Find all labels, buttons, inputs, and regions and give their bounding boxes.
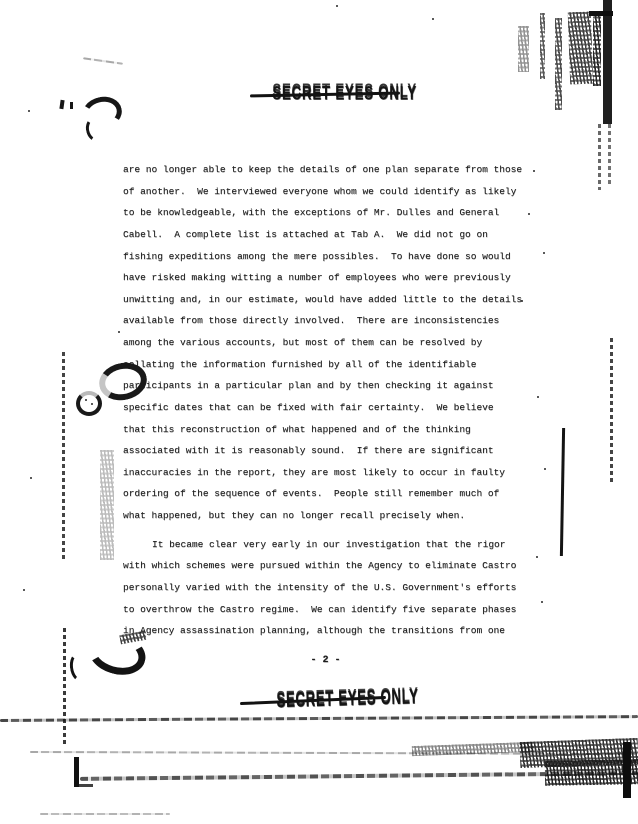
- ink-speck: [118, 331, 120, 333]
- ink-speck: [28, 110, 30, 112]
- ink-speck: [23, 589, 25, 591]
- scan-artifact: [568, 12, 593, 85]
- ink-blot-arc: [68, 651, 92, 683]
- scan-artifact: [608, 124, 611, 184]
- text-line: to overthrow the Castro regime. We can i…: [123, 599, 543, 621]
- scan-artifact-right-dashed-line: [610, 338, 613, 485]
- scan-artifact: [603, 0, 612, 124]
- text-line: of another. We interviewed everyone whom…: [123, 181, 543, 203]
- scan-artifact-speckle-column: [100, 450, 114, 560]
- text-line: associated with it is reasonably sound. …: [123, 440, 543, 462]
- ink-speck: [533, 170, 535, 172]
- page-number: - 2 -: [123, 655, 528, 666]
- text-line: are no longer able to keep the details o…: [123, 159, 543, 181]
- scan-artifact: [593, 12, 601, 86]
- scan-artifact: [74, 757, 79, 787]
- ink-speck: [85, 399, 87, 401]
- ink-speck: [336, 5, 338, 7]
- text-line: ordering of the sequence of events. Peop…: [123, 483, 543, 505]
- text-line: participants in a particular plan and by…: [123, 375, 543, 397]
- text-line: It became clear very early in our invest…: [123, 534, 543, 556]
- text-line: collating the information furnished by a…: [123, 354, 543, 376]
- text-line: inaccuracies in the report, they are mos…: [123, 462, 543, 484]
- ink-speck: [544, 468, 546, 470]
- text-line: among the various accounts, but most of …: [123, 332, 543, 354]
- paragraph: It became clear very early in our invest…: [123, 534, 543, 642]
- text-line: specific dates that can be fixed with fa…: [123, 397, 543, 419]
- classification-stamp-footer: SECRET EYES ONLY: [240, 687, 389, 714]
- ink-speck: [521, 300, 523, 302]
- ink-speck: [30, 477, 32, 479]
- scan-artifact-right-solid-line: [560, 428, 565, 556]
- text-line: what happened, but they can no longer re…: [123, 505, 543, 527]
- text-line: in Agency assassination planning, althou…: [123, 620, 543, 642]
- ink-speck: [537, 396, 539, 398]
- ink-speck: [536, 556, 538, 558]
- text-line: available from those directly involved. …: [123, 310, 543, 332]
- text-line: unwitting and, in our estimate, would ha…: [123, 289, 543, 311]
- scan-artifact: [623, 742, 631, 798]
- ink-speck: [541, 601, 543, 603]
- scan-artifact: [78, 784, 93, 787]
- scan-artifact: [555, 18, 562, 110]
- ink-speck: [83, 57, 123, 65]
- scan-artifact-left-dashed-line: [63, 628, 66, 746]
- ink-mark: [70, 102, 73, 109]
- ink-speck: [91, 403, 93, 405]
- text-line: personally varied with the intensity of …: [123, 577, 543, 599]
- ink-speck: [432, 18, 434, 20]
- paragraph: are no longer able to keep the details o…: [123, 159, 543, 527]
- scan-artifact: [540, 13, 545, 79]
- text-line: to be knowledgeable, with the exceptions…: [123, 202, 543, 224]
- text-line: have risked making witting a number of e…: [123, 267, 543, 289]
- ink-speck: [543, 252, 545, 254]
- scan-artifact-left-dashed-line: [62, 352, 65, 560]
- document-body: are no longer able to keep the details o…: [123, 159, 543, 642]
- ink-speck: [528, 213, 530, 215]
- scan-artifact: [518, 26, 529, 72]
- text-line: Cabell. A complete list is attached at T…: [123, 224, 543, 246]
- text-line: that this reconstruction of what happene…: [123, 419, 543, 441]
- text-line: with which schemes were pursued within t…: [123, 555, 543, 577]
- ink-mark: [59, 100, 64, 109]
- ink-blot-ring: [76, 391, 102, 416]
- text-line: fishing expeditions among the mere possi…: [123, 246, 543, 268]
- scratch-line: [40, 813, 170, 815]
- scanned-document-page: SECRET EYES ONLY are no longer able to k…: [0, 0, 638, 824]
- classification-stamp-header: SECRET EYES ONLY: [252, 84, 400, 104]
- scan-artifact: [598, 124, 601, 190]
- scratch-line: [0, 715, 638, 722]
